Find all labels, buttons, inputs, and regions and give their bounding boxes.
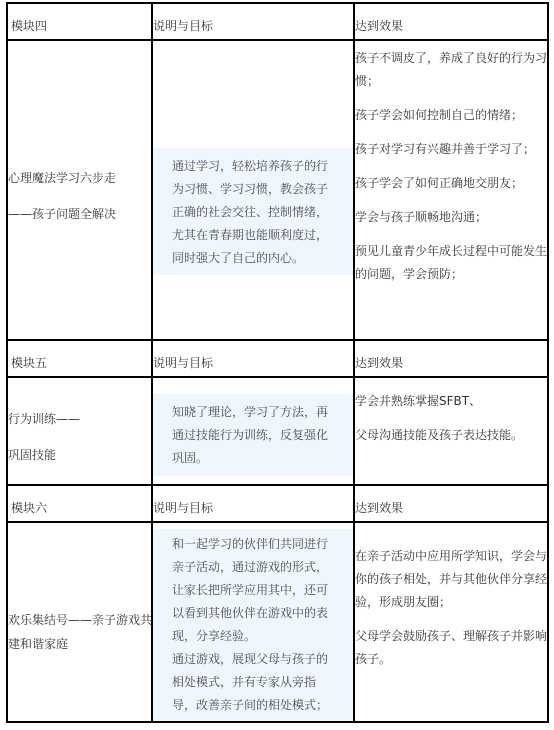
effect-item: 孩子不调皮了，养成了良好的行为习惯； [355,47,547,93]
effect-item: 孩子对学习有兴趣并善于学习了； [355,138,547,161]
description-header-cell: 说明与目标 [151,4,353,39]
module-5-body-row: 行为训练—— 巩固技能 知晓了理论，学习了方法，再 通过技能行为训练，反复强化 … [6,378,549,486]
description-line: 现，分享经验。 [172,625,345,648]
description-line: 相处模式，并有专家从旁指 [172,671,345,694]
description-header: 说明与目标 [153,356,213,370]
description-line: 通过学习，轻松培养孩子的行 [172,155,345,178]
description-header: 说明与目标 [153,19,213,33]
effect-list: 孩子不调皮了，养成了良好的行为习惯； 孩子学会如何控制自己的情绪； 孩子对学习有… [355,47,547,286]
effect-cell: 在亲子活动中应用所学知识，学会与你的孩子相处，并与其他伙伴分享经验，形成朋友圈；… [353,523,549,721]
description-line: 亲子活动，通过游戏的形式， [172,556,345,579]
module-title-cell: 欢乐集结号——亲子游戏共 建和谐家庭 [6,523,151,721]
effect-cell: 孩子不调皮了，养成了良好的行为习惯； 孩子学会如何控制自己的情绪； 孩子对学习有… [353,41,549,339]
effect-header-cell: 达到效果 [353,341,549,376]
module-title-line: 欢乐集结号——亲子游戏共 [8,613,152,627]
description-header-cell: 说明与目标 [151,341,353,376]
effect-cell: 学会并熟练掌握SFBT、 父母沟通技能及孩子表达技能。 [353,378,549,484]
effect-list: 学会并熟练掌握SFBT、 父母沟通技能及孩子表达技能。 [355,390,547,447]
module-label: 模块五 [8,356,47,370]
description-header-cell: 说明与目标 [151,486,353,521]
effect-item: 孩子学会如何控制自己的情绪； [355,104,547,127]
module-title-cell: 心理魔法学习六步走 ——孩子问题全解决 [6,41,151,339]
effect-header-cell: 达到效果 [353,4,549,39]
description-box: 知晓了理论，学习了方法，再 通过技能行为训练，反复强化 巩固。 [153,394,353,476]
effect-item: 孩子学会了如何正确地交朋友； [355,172,547,195]
module-title-line: 行为训练—— [8,412,80,426]
description-header: 说明与目标 [153,501,213,515]
effect-header: 达到效果 [355,19,403,33]
module-6-header-row: 模块六 说明与目标 达到效果 [6,486,549,523]
course-modules-table: 模块四 说明与目标 达到效果 心理魔法学习六步走 ——孩子问题全解决 通过学习，… [6,2,549,723]
description-line: 正确的社会交往、控制情绪， [172,201,345,224]
module-title-line: 心理魔法学习六步走 [8,171,116,185]
effect-item: 学会并熟练掌握SFBT、 [355,390,547,413]
description-line: 同时强大了自己的内心。 [172,247,345,270]
effect-list: 在亲子活动中应用所学知识，学会与你的孩子相处，并与其他伙伴分享经验，形成朋友圈；… [355,545,547,671]
effect-item: 学会与孩子顺畅地沟通； [355,206,547,229]
module-title-line: 巩固技能 [8,448,56,462]
effect-header: 达到效果 [355,501,403,515]
description-line: 尤其在青春期也能顺利度过， [172,224,345,247]
module-title-line: ——孩子问题全解决 [8,207,116,221]
module-label: 模块四 [8,19,47,33]
description-line: 和一起学习的伙伴们共同进行 [172,533,345,556]
module-5-header-row: 模块五 说明与目标 达到效果 [6,341,549,378]
module-label-cell: 模块六 [6,486,151,521]
description-line: 巩固。 [172,447,345,470]
effect-header-cell: 达到效果 [353,486,549,521]
description-cell: 通过学习，轻松培养孩子的行 为习惯、学习习惯，教会孩子 正确的社会交往、控制情绪… [151,41,353,339]
description-line: 让家长把所学应用其中，还可 [172,579,345,602]
module-4-body-row: 心理魔法学习六步走 ——孩子问题全解决 通过学习，轻松培养孩子的行 为习惯、学习… [6,41,549,341]
effect-item: 父母沟通技能及孩子表达技能。 [355,424,547,447]
effect-header: 达到效果 [355,356,403,370]
description-line: 导，改善亲子间的相处模式； [172,694,345,717]
effect-item: 在亲子活动中应用所学知识，学会与你的孩子相处，并与其他伙伴分享经验，形成朋友圈； [355,545,547,614]
description-line: 为习惯、学习习惯，教会孩子 [172,178,345,201]
description-line: 通过游戏，展现父母与孩子的 [172,648,345,671]
effect-item: 父母学会鼓励孩子、理解孩子并影响孩子。 [355,625,547,671]
description-cell: 知晓了理论，学习了方法，再 通过技能行为训练，反复强化 巩固。 [151,378,353,484]
effect-item: 预见儿童青少年成长过程中可能发生的问题，学会预防； [355,240,547,286]
module-label-cell: 模块五 [6,341,151,376]
module-label-cell: 模块四 [6,4,151,39]
description-box: 和一起学习的伙伴们共同进行 亲子活动，通过游戏的形式， 让家长把所学应用其中，还… [153,529,353,721]
module-title-line: 建和谐家庭 [8,637,68,651]
module-4-header-row: 模块四 说明与目标 达到效果 [6,2,549,41]
module-label: 模块六 [8,501,47,515]
description-box: 通过学习，轻松培养孩子的行 为习惯、学习习惯，教会孩子 正确的社会交往、控制情绪… [153,148,353,275]
module-title-cell: 行为训练—— 巩固技能 [6,378,151,484]
module-6-body-row: 欢乐集结号——亲子游戏共 建和谐家庭 和一起学习的伙伴们共同进行 亲子活动，通过… [6,523,549,723]
description-line: 知晓了理论，学习了方法，再 [172,401,345,424]
description-cell: 和一起学习的伙伴们共同进行 亲子活动，通过游戏的形式， 让家长把所学应用其中，还… [151,523,353,721]
description-line: 以看到其他伙伴在游戏中的表 [172,602,345,625]
description-line: 通过技能行为训练，反复强化 [172,424,345,447]
